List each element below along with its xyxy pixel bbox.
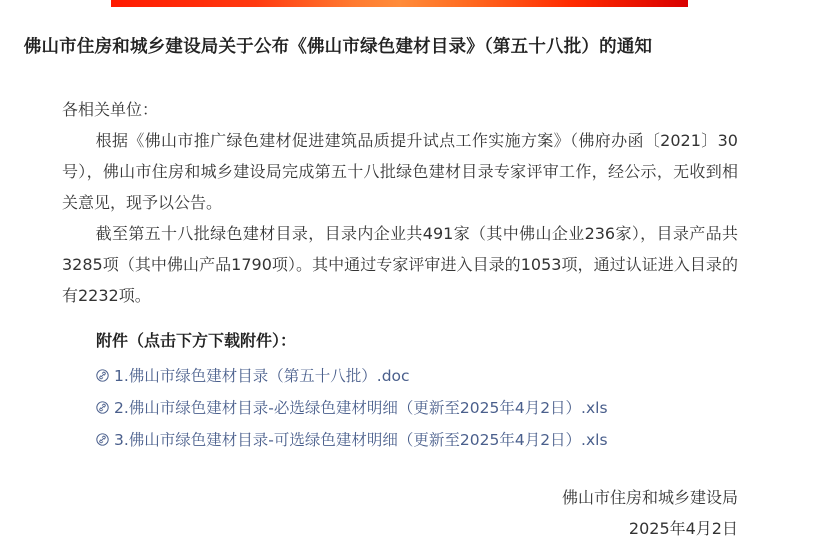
link-icon bbox=[96, 401, 109, 414]
attachment-link-2[interactable]: 2.佛山市绿色建材目录-必选绿色建材明细（更新至2025年4月2日）.xls bbox=[96, 391, 736, 423]
attachment-link-3[interactable]: 3.佛山市绿色建材目录-可选绿色建材明细（更新至2025年4月2日）.xls bbox=[96, 423, 736, 455]
attachments-section: 附件（点击下方下载附件）： 1.佛山市绿色建材目录（第五十八批）.doc 2.佛… bbox=[96, 327, 736, 455]
article-title: 佛山市住房和城乡建设局关于公布《佛山市绿色建材目录》（第五十八批）的通知 bbox=[13, 32, 663, 63]
attachment-label: 3.佛山市绿色建材目录-可选绿色建材明细（更新至2025年4月2日）.xls bbox=[114, 428, 608, 450]
salutation: 各相关单位： bbox=[62, 94, 738, 125]
signature-block: 佛山市住房和城乡建设局 2025年4月2日 bbox=[562, 482, 738, 544]
attachment-label: 1.佛山市绿色建材目录（第五十八批）.doc bbox=[114, 364, 410, 386]
link-icon bbox=[96, 433, 109, 446]
link-icon bbox=[96, 369, 109, 382]
attachments-heading: 附件（点击下方下载附件）： bbox=[96, 327, 736, 355]
issuer-name: 佛山市住房和城乡建设局 bbox=[562, 482, 738, 513]
paragraph-1: 根据《佛山市推广绿色建材促进建筑品质提升试点工作实施方案》（佛府办函〔2021〕… bbox=[62, 125, 738, 218]
article-body: 各相关单位： 根据《佛山市推广绿色建材促进建筑品质提升试点工作实施方案》（佛府办… bbox=[62, 94, 738, 311]
paragraph-2: 截至第五十八批绿色建材目录，目录内企业共491家（其中佛山企业236家），目录产… bbox=[62, 218, 738, 311]
issue-date: 2025年4月2日 bbox=[562, 513, 738, 544]
attachment-label: 2.佛山市绿色建材目录-必选绿色建材明细（更新至2025年4月2日）.xls bbox=[114, 396, 608, 418]
attachment-link-1[interactable]: 1.佛山市绿色建材目录（第五十八批）.doc bbox=[96, 359, 736, 391]
header-banner-image bbox=[111, 0, 688, 7]
